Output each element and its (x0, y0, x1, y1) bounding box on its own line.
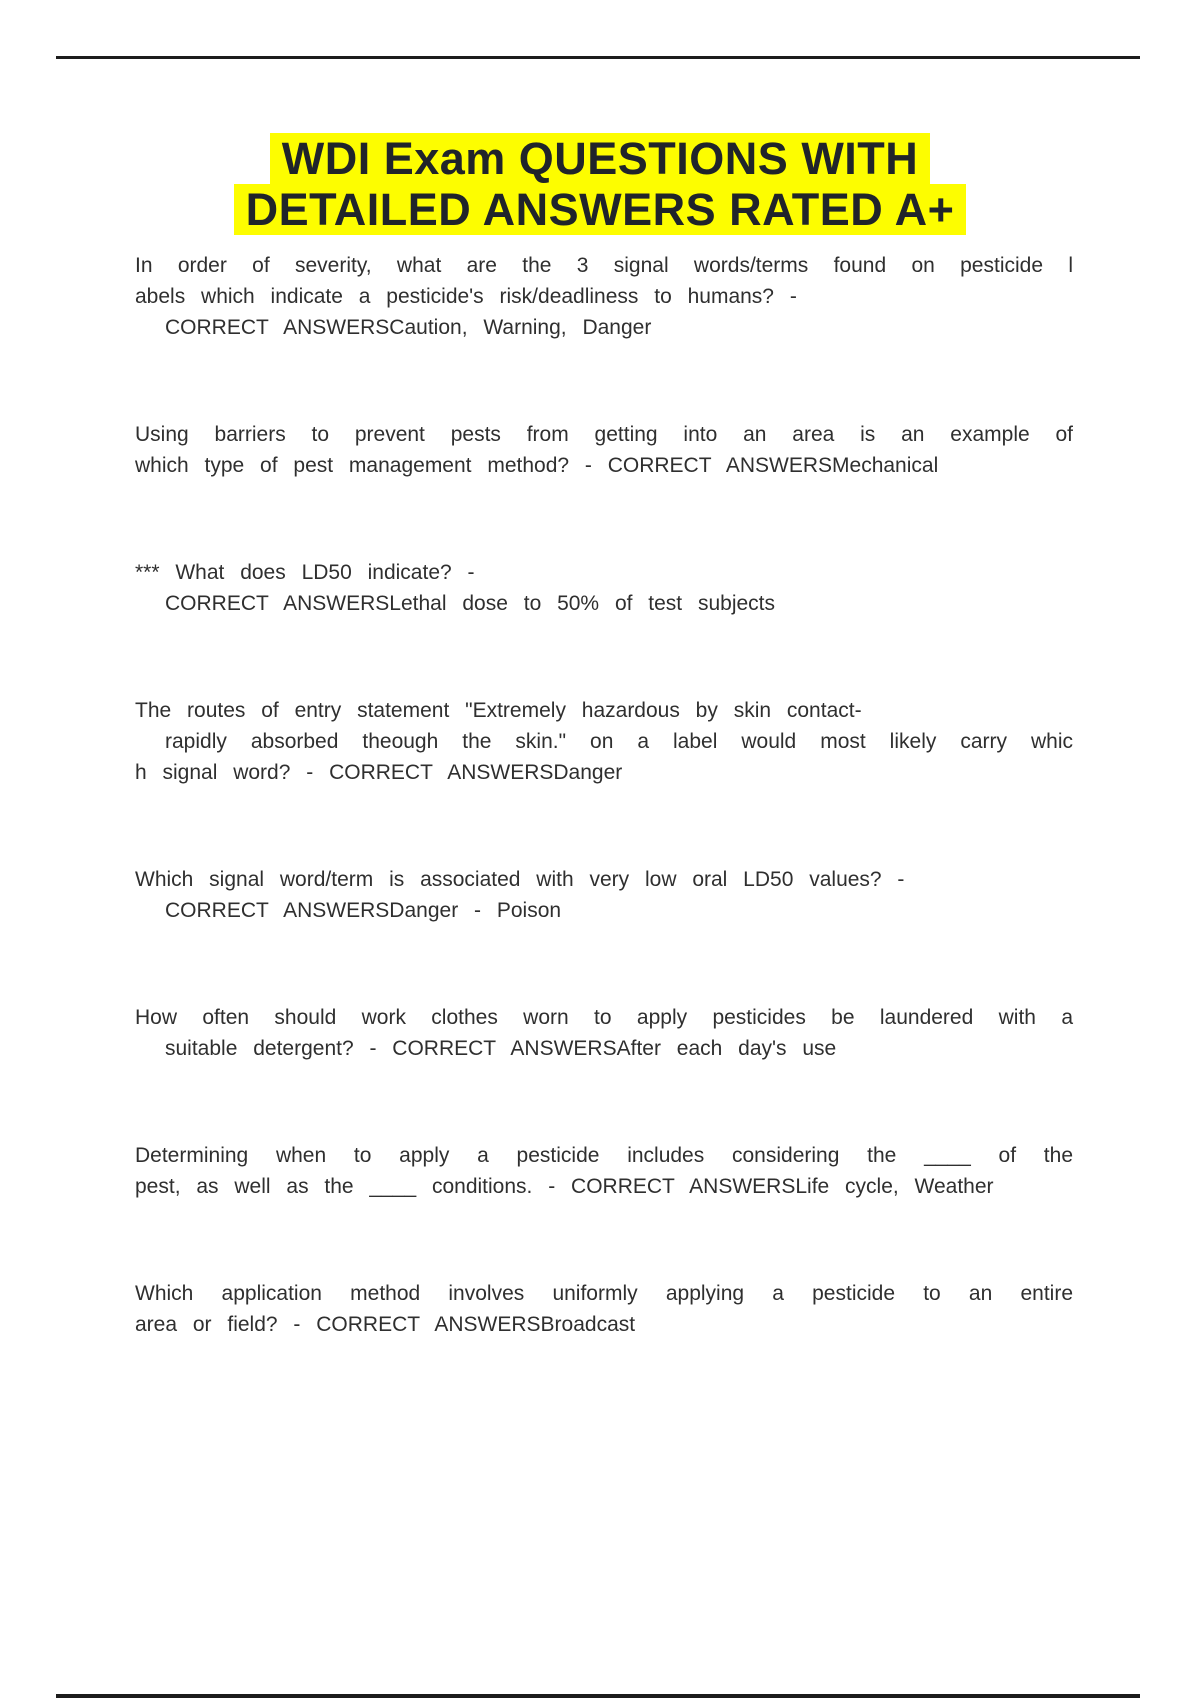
text-line: which type of pest management method? - … (135, 450, 1073, 481)
text-line: rapidly absorbed theough the skin." on a… (135, 726, 1073, 757)
qa-paragraph: Which application method involves unifor… (135, 1278, 1073, 1340)
text-line: CORRECT ANSWERSLethal dose to 50% of tes… (135, 588, 1073, 619)
qa-paragraph: Which signal word/term is associated wit… (135, 864, 1073, 926)
text-line: CORRECT ANSWERSDanger - Poison (135, 895, 1073, 926)
text-line: suitable detergent? - CORRECT ANSWERSAft… (135, 1033, 1073, 1064)
header-rule (56, 56, 1140, 59)
qa-paragraph: The routes of entry statement "Extremely… (135, 695, 1073, 788)
qa-paragraph: In order of severity, what are the 3 sig… (135, 250, 1073, 343)
qa-paragraph: Using barriers to prevent pests from get… (135, 419, 1073, 481)
footer-rule (56, 1694, 1140, 1698)
page-title: WDI Exam QUESTIONS WITH DETAILED ANSWERS… (0, 133, 1200, 235)
text-line: *** What does LD50 indicate? - (135, 557, 1073, 588)
text-line: Determining when to apply a pesticide in… (135, 1140, 1073, 1171)
document-body: In order of severity, what are the 3 sig… (135, 250, 1073, 1416)
text-line: In order of severity, what are the 3 sig… (135, 250, 1073, 281)
title-line-1: WDI Exam QUESTIONS WITH (270, 133, 931, 184)
text-line: area or field? - CORRECT ANSWERSBroadcas… (135, 1309, 1073, 1340)
text-line: abels which indicate a pesticide's risk/… (135, 281, 1073, 312)
text-line: h signal word? - CORRECT ANSWERSDanger (135, 757, 1073, 788)
text-line: Which application method involves unifor… (135, 1278, 1073, 1309)
text-line: Which signal word/term is associated wit… (135, 864, 1073, 895)
qa-paragraph: Determining when to apply a pesticide in… (135, 1140, 1073, 1202)
qa-paragraph: How often should work clothes worn to ap… (135, 1002, 1073, 1064)
title-line-2: DETAILED ANSWERS RATED A+ (234, 184, 967, 235)
text-line: The routes of entry statement "Extremely… (135, 695, 1073, 726)
text-line: pest, as well as the ____ conditions. - … (135, 1171, 1073, 1202)
qa-paragraph: *** What does LD50 indicate? -CORRECT AN… (135, 557, 1073, 619)
text-line: Using barriers to prevent pests from get… (135, 419, 1073, 450)
text-line: How often should work clothes worn to ap… (135, 1002, 1073, 1033)
text-line: CORRECT ANSWERSCaution, Warning, Danger (135, 312, 1073, 343)
